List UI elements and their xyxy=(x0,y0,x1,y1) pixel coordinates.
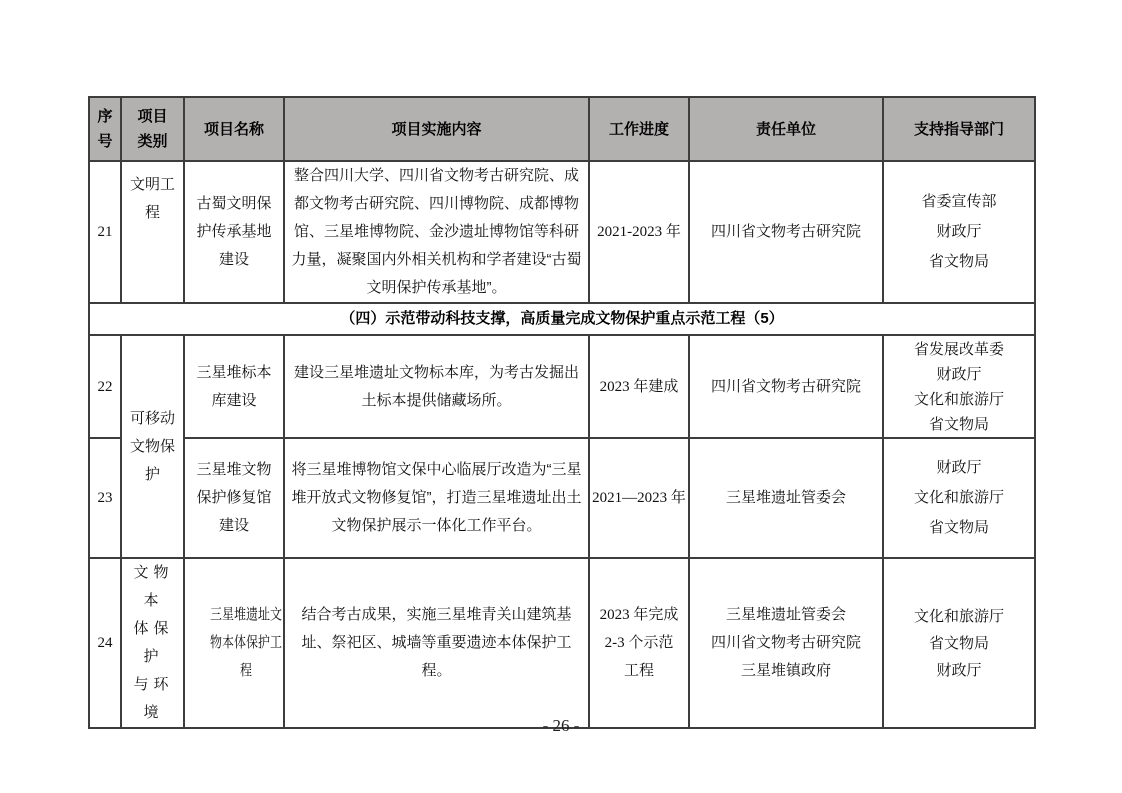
cell-r23-serial: 23 xyxy=(89,438,121,558)
cell-r24-support: 文化和旅游厅 省文物局 财政厅 xyxy=(883,558,1035,728)
cell-r21-serial: 21 xyxy=(89,161,121,303)
header-project-name: 项目名称 xyxy=(184,97,284,161)
table-row: 21 文明工 程 古蜀文明保 护传承基地 建设 整合四川大学、四川省文物考古研究… xyxy=(89,161,1035,303)
section-title: （四）示范带动科技支撑，高质量完成文物保护重点示范工程（5） xyxy=(89,303,1035,335)
cell-r21-content: 整合四川大学、四川省文物考古研究院、成都文物考古研究院、四川博物院、成都博物馆、… xyxy=(284,161,589,303)
header-serial-number: 序 号 xyxy=(89,97,121,161)
cell-r24-name-text: 三星堆遗址文 物本体保护工 程 xyxy=(199,601,284,685)
cell-r22-unit: 四川省文物考古研究院 xyxy=(689,335,883,438)
table-row: 23 三星堆文物 保护修复馆 建设 将三星堆博物馆文保中心临展厅改造为“三星堆开… xyxy=(89,438,1035,558)
cell-r24-unit: 三星堆遗址管委会 四川省文物考古研究院 三星堆镇政府 xyxy=(689,558,883,728)
cell-r24-name: 三星堆遗址文 物本体保护工 程 xyxy=(184,558,284,728)
table-row: 22 可移动 文物保 护 三星堆标本 库建设 建设三星堆遗址文物标本库，为考古发… xyxy=(89,335,1035,438)
cell-r24-content: 结合考古成果，实施三星堆青关山建筑基址、祭祀区、城墙等重要遗迹本体保护工程。 xyxy=(284,558,589,728)
document-page: 序 号 项目 类别 项目名称 项目实施内容 工作进度 责任单位 支持指导部门 2… xyxy=(0,0,1122,793)
cell-r24-category: 文物本 体保护 与环境 xyxy=(121,558,184,728)
cell-r22-content: 建设三星堆遗址文物标本库，为考古发掘出土标本提供储藏场所。 xyxy=(284,335,589,438)
cell-r22-r23-category: 可移动 文物保 护 xyxy=(121,335,184,558)
cell-r21-support: 省委宣传部 财政厅 省文物局 xyxy=(883,161,1035,303)
page-number: - 26 - xyxy=(0,716,1122,736)
cell-r22-progress: 2023 年建成 xyxy=(589,335,689,438)
table-row: 24 文物本 体保护 与环境 三星堆遗址文 物本体保护工 程 结合考古成果，实施… xyxy=(89,558,1035,728)
cell-r23-unit: 三星堆遗址管委会 xyxy=(689,438,883,558)
cell-r23-support: 财政厅 文化和旅游厅 省文物局 xyxy=(883,438,1035,558)
cell-r23-content: 将三星堆博物馆文保中心临展厅改造为“三星堆开放式文物修复馆”，打造三星堆遗址出土… xyxy=(284,438,589,558)
header-responsible-unit: 责任单位 xyxy=(689,97,883,161)
cell-r22-name: 三星堆标本 库建设 xyxy=(184,335,284,438)
header-work-progress: 工作进度 xyxy=(589,97,689,161)
cell-r22-serial: 22 xyxy=(89,335,121,438)
cell-r21-name: 古蜀文明保 护传承基地 建设 xyxy=(184,161,284,303)
cell-r24-serial: 24 xyxy=(89,558,121,728)
cell-r21-category: 文明工 程 xyxy=(121,161,184,303)
header-support-department: 支持指导部门 xyxy=(883,97,1035,161)
cell-r23-progress: 2021—2023 年 xyxy=(589,438,689,558)
projects-table: 序 号 项目 类别 项目名称 项目实施内容 工作进度 责任单位 支持指导部门 2… xyxy=(88,96,1036,729)
cell-r21-unit: 四川省文物考古研究院 xyxy=(689,161,883,303)
table-header-row: 序 号 项目 类别 项目名称 项目实施内容 工作进度 责任单位 支持指导部门 xyxy=(89,97,1035,161)
section-row: （四）示范带动科技支撑，高质量完成文物保护重点示范工程（5） xyxy=(89,303,1035,335)
header-project-category: 项目 类别 xyxy=(121,97,184,161)
cell-r24-progress: 2023 年完成 2-3 个示范 工程 xyxy=(589,558,689,728)
cell-r21-progress: 2021-2023 年 xyxy=(589,161,689,303)
cell-r22-support: 省发展改革委 财政厅 文化和旅游厅 省文物局 xyxy=(883,335,1035,438)
header-implementation-content: 项目实施内容 xyxy=(284,97,589,161)
cell-r23-name: 三星堆文物 保护修复馆 建设 xyxy=(184,438,284,558)
